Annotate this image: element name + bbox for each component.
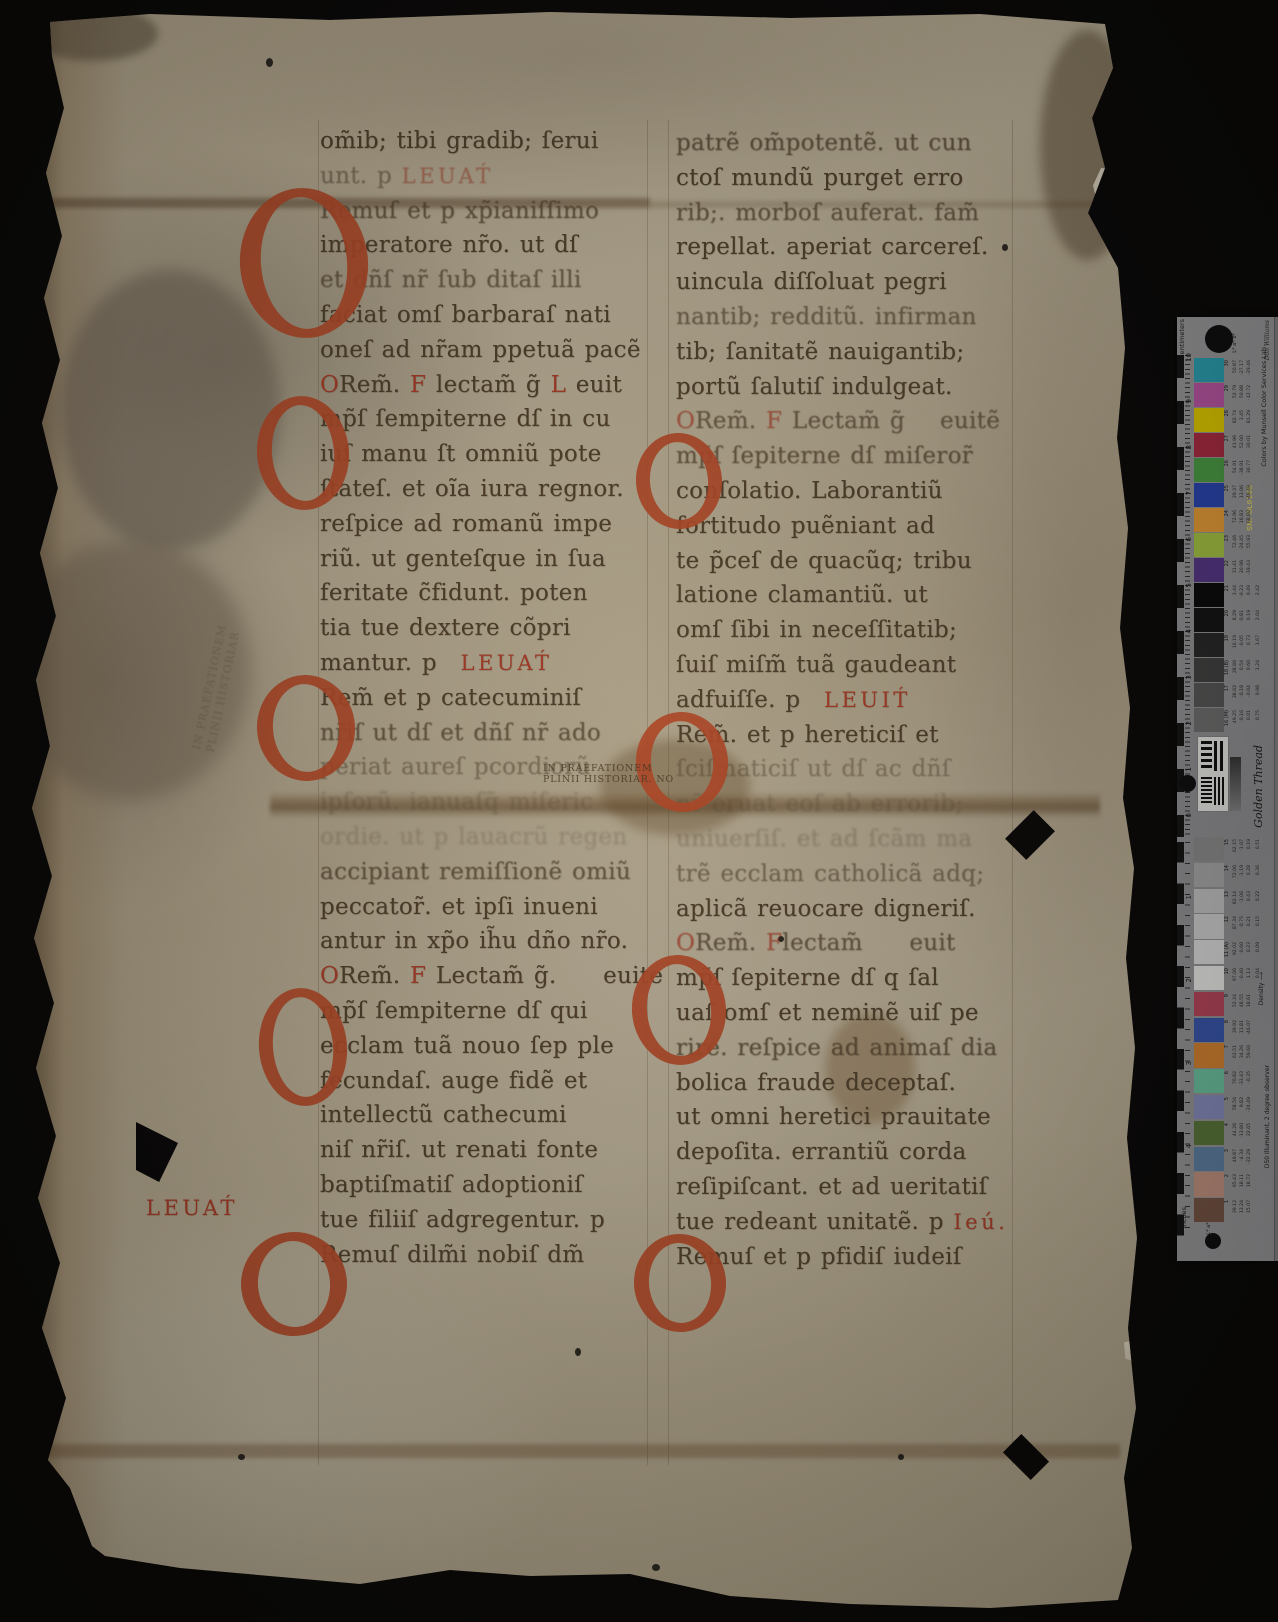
patch-L-value: 63.51: [1234, 1045, 1239, 1058]
patch-a-value: -0.23: [1241, 585, 1246, 597]
patch-a-value: -0.75: [1241, 916, 1246, 928]
color-patch-29: [1194, 383, 1224, 407]
manuscript-line: riũ. ut genteſque in ſua: [320, 546, 606, 581]
stain: [1040, 30, 1135, 260]
manuscript-text: baptiſmatiſ adoptioniſ: [320, 1172, 583, 1198]
patch-b-value: 30.01: [1248, 435, 1253, 448]
paper-repair-patch: [1124, 1340, 1138, 1362]
patch-L-value: 31.41: [1234, 560, 1239, 573]
color-patch-30: [1194, 358, 1224, 382]
patch-L-value: 72.96: [1234, 510, 1239, 523]
patch-number: 12: [1225, 916, 1230, 922]
manuscript-line: om̃ib; tibi gradib; ſerui: [320, 128, 599, 163]
manuscript-text: Lectam̃ g̃.: [426, 963, 556, 989]
cm-tick-scale: [1177, 355, 1184, 837]
patch-density-value: 0.75: [1257, 710, 1262, 720]
patch-density-value: 0.51: [1257, 839, 1262, 849]
patch-b-value: -22.29: [1248, 1149, 1253, 1164]
text-column-left: om̃ib; tibi gradib; ſeruiunt. p LEUAT́Re…: [320, 128, 652, 1288]
inch-number: 4: [1186, 1144, 1193, 1148]
color-patch-7: [1194, 1043, 1224, 1067]
cm-number: 1: [1186, 767, 1193, 771]
manuscript-line: antur in xp̃o ih̃u dño nr̃o.: [320, 928, 628, 963]
manuscript-text: depoſita. errantiũ corda: [676, 1139, 967, 1165]
patch-number: 27: [1225, 435, 1230, 441]
color-patch-26: [1194, 458, 1224, 482]
manuscript-line: mp̃ſ ſempiterne dſ in cu: [320, 406, 611, 441]
fold-crease-bottom: [40, 1444, 1120, 1458]
patch-b-value: -29.46: [1248, 360, 1253, 375]
manuscript-text: Rem̃.: [339, 372, 410, 398]
rubric-text: Ieú.: [953, 1210, 1008, 1234]
manuscript-line: fecundaſ. auge fidẽ et: [320, 1068, 587, 1103]
patch-a-value: 34.26: [1241, 1045, 1246, 1058]
parchment-leaf: om̃ib; tibi gradib; ſeruiunt. p LEUAT́Re…: [30, 8, 1138, 1612]
patch-L-value: 52.24: [1234, 994, 1239, 1007]
patch-number: 17: [1225, 685, 1230, 691]
color-patch-23: [1194, 533, 1224, 557]
manuscript-line: portũ ſalutiſ indulgeat.: [676, 374, 953, 409]
patch-L-value: 70.82: [1234, 1071, 1239, 1084]
parchment-tear: [136, 1122, 178, 1182]
manuscript-text: fortitudo puẽniant ad: [676, 513, 935, 539]
color-patch-20: [1194, 608, 1224, 632]
patch-number: 14: [1225, 865, 1230, 871]
manuscript-text: ſuiſ miſm̃ tuã gaudeant: [676, 652, 956, 678]
patch-a-value: -0.60: [1241, 942, 1246, 954]
patch-b-value: 0.23: [1248, 942, 1253, 952]
patch-a-value: -0.05: [1241, 635, 1246, 647]
photograph-stage: om̃ib; tibi gradib; ſeruiunt. p LEUAT́Re…: [0, 0, 1278, 1622]
patch-a-value: -33.43: [1241, 1071, 1246, 1086]
patch-number: 13: [1225, 891, 1230, 897]
patch-number: 30: [1225, 360, 1230, 366]
color-patch-6: [1194, 1069, 1224, 1093]
color-patch-22: [1194, 558, 1224, 582]
patch-L-value: 72.46: [1234, 535, 1239, 548]
manuscript-line: tia tue dextere cõpri: [320, 615, 571, 650]
patch-number: 4: [1225, 1123, 1230, 1126]
color-patch-9: [1194, 992, 1224, 1016]
manuscript-text: nr̃ eruat eoſ ab errorib;: [676, 791, 963, 817]
manuscript-text: uincula diſſoluat pegri: [676, 269, 947, 295]
rubric-text: L: [551, 372, 567, 398]
color-patch-1: [1194, 1198, 1224, 1222]
resolution-bars: [1201, 741, 1212, 771]
patch-L-value: 82.74: [1234, 410, 1239, 423]
patch-L-value: 92.02: [1234, 942, 1239, 955]
manuscript-text: euit: [566, 372, 622, 398]
color-patch-11: [1194, 940, 1224, 964]
patch-a-value: 13.24: [1241, 1200, 1246, 1213]
manuscript-line: niſ nr̃iſ. ut renati fonte: [320, 1137, 598, 1172]
inscription-line: PLINII HISTORIAR. NO: [543, 774, 674, 785]
patch-number: 10: [1225, 968, 1230, 974]
patch-L-value: 8.29: [1234, 610, 1239, 620]
manuscript-line: oneſ ad nr̃am ppetuã pacẽ: [320, 337, 641, 372]
gray-wedge: [1230, 757, 1241, 811]
manuscript-line: iuſ manu ſt omniũ pote: [320, 441, 602, 476]
patch-number: 16 (M): [1225, 710, 1230, 726]
manuscript-text: mantur. p: [320, 650, 447, 676]
patch-a-value: -1.19: [1241, 865, 1246, 877]
patch-b-value: -0.35: [1248, 1071, 1253, 1083]
patch-b-value: -49.49: [1248, 485, 1253, 500]
stain: [28, 6, 158, 61]
patch-b-value: 0.28: [1248, 865, 1253, 875]
patch-b-value: 0.21: [1248, 916, 1253, 926]
manuscript-line: rib;. morboſ auferat. fam̃: [676, 200, 979, 235]
manuscript-text: iuſ manu ſt omniũ pote: [320, 441, 602, 467]
manuscript-line: aplicã reuocare digneriſ.: [676, 896, 976, 931]
manuscript-line: nantib; redditũ. infirman: [676, 304, 977, 339]
patch-L-value: 38.62: [1234, 685, 1239, 698]
inscription-line: IN PRAEFATIONEM: [543, 763, 674, 774]
manuscript-text: reſpice ad romanũ impe: [320, 511, 612, 537]
rubric-text: O: [676, 930, 695, 956]
patch-L-value: 82.14: [1234, 891, 1239, 904]
color-patch-18: [1194, 658, 1224, 682]
manuscript-text: ut omni heretici prauitate: [676, 1104, 991, 1130]
patch-b-value: -46.07: [1248, 1020, 1253, 1035]
patch-number: 19: [1225, 635, 1230, 641]
manuscript-line: ctoſ mundũ purget erro: [676, 165, 964, 200]
manuscript-text: nr̃iſ ut dſ et dñſ nr̃ ado: [320, 720, 601, 746]
patch-b-value: 0.60: [1248, 660, 1253, 670]
manuscript-line: trẽ ecclam catholicã adq;: [676, 861, 984, 896]
patch-L-value: 62.15: [1234, 839, 1239, 852]
patch-number: 24: [1225, 510, 1230, 516]
manuscript-line: ORem̃. Flectam̃ euit: [676, 930, 956, 965]
stain: [60, 270, 280, 550]
patch-density-value: 0.04: [1257, 968, 1262, 978]
manuscript-text: intellectũ cathecumi: [320, 1102, 567, 1128]
manuscript-line: mp̃ſ ſempiterne dſ qui: [320, 998, 588, 1033]
patch-a-value: 18.11: [1241, 1174, 1246, 1187]
manuscript-line: faciat omſ barbaraſ nati: [320, 302, 611, 337]
manuscript-line: adfuiſſe. p LEUIT́: [676, 687, 911, 722]
manuscript-text: Lectam̃ g̃: [782, 408, 905, 434]
color-patch-13: [1194, 889, 1224, 913]
manuscript-text: lectam̃: [782, 930, 862, 956]
illuminant-label: D50 Illuminant, 2 degree observer: [1265, 1065, 1271, 1168]
lab-header-top: L* a* b*: [1233, 333, 1238, 353]
patch-b-value: 18.72: [1248, 1174, 1253, 1187]
rubric-text: O: [676, 408, 695, 434]
patch-a-value: 0.54: [1241, 660, 1246, 670]
manuscript-line: patrẽ om̃potentẽ. ut cun: [676, 130, 972, 165]
manuscript-text: euitẽ: [905, 408, 1000, 434]
manuscript-text: oneſ ad nr̃am ppetuã pacẽ: [320, 337, 641, 363]
inch-number: 1: [1186, 895, 1193, 899]
patch-a-value: -0.16: [1241, 710, 1246, 722]
patch-b-value: 18.61: [1248, 994, 1253, 1007]
patch-L-value: 29.37: [1234, 485, 1239, 498]
manuscript-line: reſipiſcant. et ad ueritatiſ: [676, 1174, 988, 1209]
resolution-target: [1198, 737, 1228, 811]
color-patch-12: [1194, 914, 1224, 938]
color-patch-27: [1194, 433, 1224, 457]
manuscript-line: uniuerſiſ. et ad ſcãm ma: [676, 826, 972, 861]
patch-number: 18 (B): [1225, 660, 1230, 675]
manuscript-text: Rem̃.: [695, 930, 766, 956]
patch-L-value: 49.25: [1234, 710, 1239, 723]
patch-a-value: -0.81: [1241, 610, 1246, 622]
color-patch-25: [1194, 483, 1224, 507]
patch-b-value: 0.19: [1248, 610, 1253, 620]
paper-repair-patch: [1093, 168, 1147, 226]
manuscript-text: te p̃ceſ de quacũq; tribu: [676, 548, 972, 574]
color-patch-2: [1194, 1172, 1224, 1196]
rubric-text: F: [766, 408, 782, 434]
patch-density-value: 0.22: [1257, 891, 1262, 901]
patch-density-value: 2.42: [1257, 585, 1262, 595]
fiducial-circle-middle: [1179, 775, 1196, 792]
color-patch-10: [1194, 966, 1224, 990]
patch-b-value: 0.43: [1248, 891, 1253, 901]
rubric-text: O: [320, 963, 339, 989]
cm-number: 7: [1186, 491, 1193, 495]
munsell-credit-label: Colors by Munsell Color Services Lab: [1261, 347, 1268, 467]
parchment-hole: [1003, 1434, 1049, 1480]
patch-number: 26: [1225, 460, 1230, 466]
patch-number: 28: [1225, 410, 1230, 416]
patch-number: 15: [1225, 839, 1230, 845]
patch-b-value: -0.04: [1248, 685, 1253, 697]
manuscript-text: reſipiſcant. et ad ueritatiſ: [676, 1174, 988, 1200]
cm-number: 8: [1186, 445, 1193, 449]
manuscript-line: nr̃ eruat eoſ ab errorib;: [676, 791, 963, 826]
inch-fine-ticks: [1185, 842, 1190, 1237]
patch-a-value: -1.06: [1241, 891, 1246, 903]
manuscript-line: repellat. aperiat carcereſ.: [676, 234, 989, 269]
patch-number: 11 (A): [1225, 942, 1230, 957]
patch-number: 22: [1225, 560, 1230, 566]
color-patch-15: [1194, 837, 1224, 861]
patch-density-value: 0.98: [1257, 685, 1262, 695]
patch-b-value: 22.65: [1248, 1123, 1253, 1136]
manuscript-text: repellat. aperiat carcereſ.: [676, 234, 989, 260]
patch-number: 9: [1225, 994, 1230, 997]
color-patch-14: [1194, 863, 1224, 887]
patch-a-value: -13.80: [1241, 1123, 1246, 1138]
resolution-bars: [1214, 741, 1225, 771]
patch-a-value: 3.45: [1241, 410, 1246, 420]
color-patch-19: [1194, 633, 1224, 657]
cm-fine-ticks: [1185, 355, 1190, 837]
manuscript-text: rib;. morboſ auferat. fam̃: [676, 200, 979, 226]
golden-thread-logo: Golden Thread: [1253, 745, 1264, 828]
manuscript-text: portũ ſalutiſ indulgeat.: [676, 374, 953, 400]
color-patch-24: [1194, 508, 1224, 532]
manuscript-line: latione clamantiũ. ut: [676, 582, 928, 617]
rubric-text: LEUAT́: [447, 651, 553, 675]
patch-L-value: 97.06: [1234, 968, 1239, 981]
manuscript-text: feritate c̃fidunt. poten: [320, 580, 588, 606]
manuscript-line: tue filiiſ adgregentur. p: [320, 1207, 605, 1242]
patch-density-value: 0.15: [1257, 916, 1262, 926]
cm-number: 0: [1186, 813, 1193, 817]
patch-b-value: 0.19: [1248, 839, 1253, 849]
manuscript-text: riũ. ut genteſque in ſua: [320, 546, 606, 572]
patch-density-value: 0.36: [1257, 865, 1262, 875]
manuscript-line: nr̃iſ ut dſ et dñſ nr̃ ado: [320, 720, 601, 755]
manuscript-line: te p̃ceſ de quacũq; tribu: [676, 548, 972, 583]
patch-number: 29: [1225, 385, 1230, 391]
manuscript-text: mp̃ſ ſempiterne dſ in cu: [320, 406, 611, 432]
interlinear-inscription: IN PRAEFATIONEM PLINII HISTORIAR. NO: [543, 763, 674, 785]
patch-b-value: -12.72: [1248, 385, 1253, 400]
patch-L-value: 43.96: [1234, 435, 1239, 448]
manuscript-text: Rem̃.: [339, 963, 410, 989]
patch-b-value: 55.93: [1248, 535, 1253, 548]
inches-label: inches: [1181, 1207, 1188, 1228]
patch-a-value: -0.18: [1241, 685, 1246, 697]
manuscript-line: baptiſmatiſ adoptioniſ: [320, 1172, 583, 1207]
rubric-text: F: [410, 372, 426, 398]
manuscript-text: Rem̃ et p catecuminiſ: [320, 685, 581, 711]
patch-b-value: 15.07: [1248, 1200, 1253, 1213]
speck: [575, 1348, 581, 1356]
patch-L-value: 87.34: [1234, 916, 1239, 929]
manuscript-text: peccator̃. et ipſi inueni: [320, 894, 598, 920]
color-patch-21: [1194, 583, 1224, 607]
manuscript-line: ecclam tuã nouo ſep ple: [320, 1033, 614, 1068]
patch-a-value: 9.82: [1241, 1097, 1246, 1107]
patch-b-value: 68.80: [1248, 510, 1253, 523]
manuscript-line: depoſita. errantiũ corda: [676, 1139, 967, 1174]
cm-number: 10: [1186, 353, 1193, 362]
patch-L-value: 39.12: [1234, 1200, 1239, 1213]
patch-density-value: 2.04: [1257, 610, 1262, 620]
manuscript-text: Rem̃.: [695, 408, 766, 434]
manuscript-text: aplicã reuocare digneriſ.: [676, 896, 976, 922]
patch-a-value: 20.98: [1241, 560, 1246, 573]
right-edge-scale: [1274, 317, 1278, 1261]
resolution-bars: [1214, 777, 1225, 805]
manuscript-line: reſpice ad romanũ impe: [320, 511, 612, 546]
manuscript-line: ſuiſ miſm̃ tuã gaudeant: [676, 652, 956, 687]
rubric-text: LEUAT́: [402, 164, 494, 188]
manuscript-text: ordie. ut p lauacrũ regen: [320, 824, 627, 850]
patch-density-value: 1.24: [1257, 660, 1262, 670]
patch-number: 6: [1225, 1071, 1230, 1074]
patch-number: 7: [1225, 1045, 1230, 1048]
color-patch-16: [1194, 708, 1224, 732]
manuscript-line: ipſorũ. ianuaſq̃ miſeric: [320, 789, 593, 824]
manuscript-line: tue redeant unitatẽ. p Ieú.: [676, 1209, 1008, 1244]
manuscript-line: ordie. ut p lauacrũ regen: [320, 824, 627, 859]
manuscript-text: bolica fraude deceptaſ.: [676, 1070, 956, 1096]
patch-number: 20: [1225, 610, 1230, 616]
patch-L-value: 52.79: [1234, 385, 1239, 398]
manuscript-line: ut omni heretici prauitate: [676, 1104, 991, 1139]
patch-b-value: 0.01: [1248, 710, 1253, 720]
patch-density-value: 0.09: [1257, 942, 1262, 952]
manuscript-line: rire. reſpice ad animaſ dia: [676, 1035, 997, 1070]
patch-L-value: 65.43: [1234, 1174, 1239, 1187]
patch-L-value: 72.06: [1234, 865, 1239, 878]
manuscript-line: Remuſ dilm̃i nobiſ dm̃: [320, 1242, 584, 1277]
color-calibration-target: centimeters inches Colors by Munsell Col…: [1177, 317, 1278, 1261]
rubric-text: F: [766, 930, 782, 956]
patch-a-value: 13.06: [1241, 485, 1246, 498]
manuscript-text: trẽ ecclam catholicã adq;: [676, 861, 984, 887]
patch-a-value: 16.83: [1241, 510, 1246, 523]
patch-a-value: 11.81: [1241, 1020, 1246, 1033]
patch-b-value: 0.73: [1248, 635, 1253, 645]
speck: [238, 1454, 245, 1460]
manuscript-text: faciat omſ barbaraſ nati: [320, 302, 611, 328]
manuscript-text: om̃ib; tibi gradib; ſerui: [320, 128, 599, 154]
signature: Don Williams: [1265, 320, 1271, 360]
manuscript-line: peccator̃. et ipſi inueni: [320, 894, 598, 929]
patch-b-value: 0.49: [1248, 585, 1253, 595]
cm-number: 6: [1186, 537, 1193, 541]
margin-rubric: LEUAT́: [146, 1196, 238, 1220]
patch-number: 21: [1225, 585, 1230, 591]
manuscript-text: tue filiiſ adgregentur. p: [320, 1207, 605, 1233]
color-patch-3: [1194, 1147, 1224, 1171]
patch-density-value: 1.67: [1257, 635, 1262, 645]
manuscript-text: latione clamantiũ. ut: [676, 582, 928, 608]
manuscript-text: accipiant remiſſionẽ omiũ: [320, 859, 631, 885]
manuscript-text: mp̃ſ ſepiterne dſ miſeror̃: [676, 443, 973, 469]
text-column-right: patrẽ om̃potentẽ. ut cunctoſ mundũ purge…: [676, 130, 1021, 1290]
patch-a-value: -0.40: [1241, 968, 1246, 980]
manuscript-line: Remuſ et p xp̃ianiſſimo: [320, 198, 599, 233]
patch-a-value: -24.45: [1241, 535, 1246, 550]
patch-L-value: 3.44: [1234, 585, 1239, 595]
patch-a-value: -4.34: [1241, 1149, 1246, 1161]
manuscript-text: ſtateſ. et oĩa iura regnor.: [320, 476, 624, 502]
resolution-bars: [1201, 777, 1212, 805]
color-patch-4: [1194, 1121, 1224, 1145]
manuscript-line: ORem̃. F Lectam̃ g̃ euitẽ: [676, 408, 1000, 443]
manuscript-text: antur in xp̃o ih̃u dño nr̃o.: [320, 928, 628, 954]
manuscript-line: omſ ſibi in neceſſitatib;: [676, 617, 957, 652]
manuscript-text: uniuerſiſ. et ad ſcãm ma: [676, 826, 972, 852]
speck: [898, 1454, 904, 1460]
manuscript-text: fecundaſ. auge fidẽ et: [320, 1068, 587, 1094]
patch-a-value: -1.07: [1241, 839, 1246, 851]
cm-number: 5: [1186, 583, 1193, 587]
manuscript-text: euit: [863, 930, 956, 956]
color-patch-8: [1194, 1018, 1224, 1042]
manuscript-text: niſ nr̃iſ. ut renati fonte: [320, 1137, 598, 1163]
manuscript-text: rire. reſpice ad animaſ dia: [676, 1035, 997, 1061]
patch-number: 1: [1225, 1200, 1230, 1203]
patch-L-value: 58.56: [1234, 1097, 1239, 1110]
manuscript-text: patrẽ om̃potentẽ. ut cun: [676, 130, 972, 156]
cm-number: 3: [1186, 675, 1193, 679]
inch-tick-scale: [1177, 842, 1184, 1237]
manuscript-text: tia tue dextere cõpri: [320, 615, 571, 641]
patch-L-value: 28.86: [1234, 660, 1239, 673]
patch-a-value: 52.00: [1241, 435, 1246, 448]
patch-b-value: 81.29: [1248, 410, 1253, 423]
fiducial-circle-bottom: [1205, 1233, 1221, 1249]
patch-L-value: 49.87: [1234, 1149, 1239, 1162]
manuscript-line: fortitudo puẽniant ad: [676, 513, 935, 548]
cm-number: 2: [1186, 721, 1193, 725]
patch-b-value: 1.13: [1248, 968, 1253, 978]
manuscript-text: Remuſ dilm̃i nobiſ dm̃: [320, 1242, 584, 1268]
patch-L-value: 44.26: [1234, 1123, 1239, 1136]
manuscript-line: ORem̃. F lectam̃ g̃ L euit: [320, 372, 622, 407]
patch-L-value: 54.91: [1234, 460, 1239, 473]
manuscript-text: ctoſ mundũ purget erro: [676, 165, 964, 191]
